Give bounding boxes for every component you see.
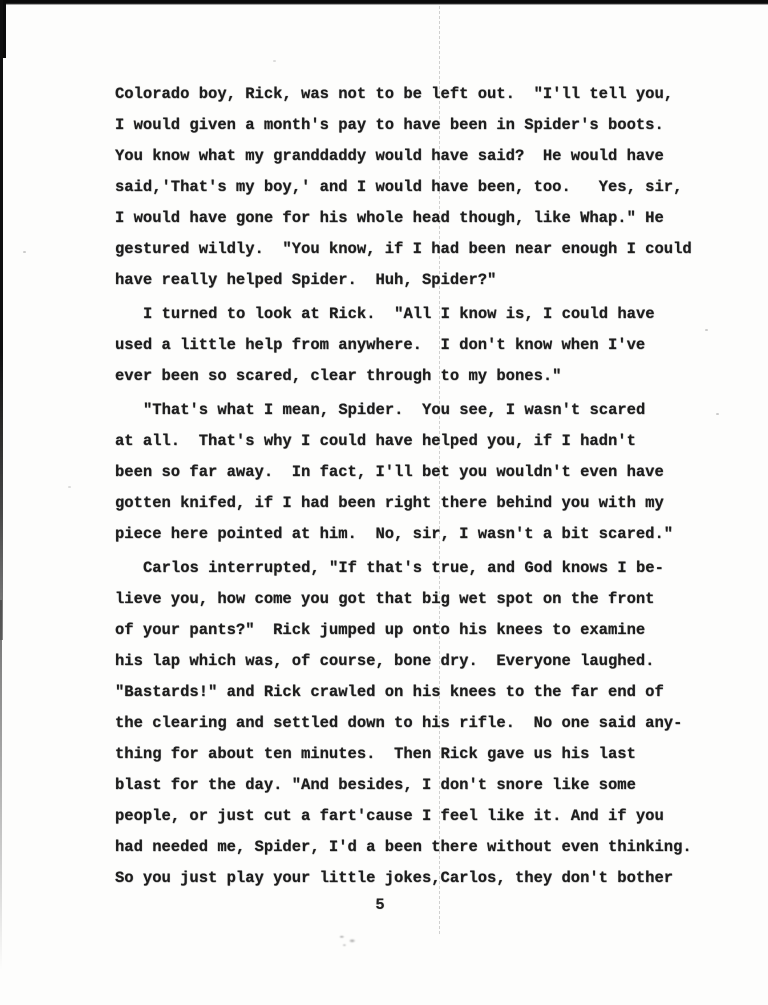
document-page: Colorado boy, Rick, was not to be left o… — [0, 0, 768, 1005]
scan-edge-left-fade — [0, 0, 3, 640]
paragraph-3: "That's what I mean, Spider. You see, I … — [115, 395, 715, 550]
typewritten-text-block: Colorado boy, Rick, was not to be left o… — [115, 79, 715, 894]
page-number: 5 — [340, 896, 420, 914]
scan-speck — [23, 251, 26, 253]
smudge-mark — [334, 932, 360, 948]
paragraph-1: Colorado boy, Rick, was not to be left o… — [115, 79, 715, 296]
paragraph-4: Carlos interrupted, "If that's true, and… — [115, 553, 715, 894]
scan-speck — [68, 486, 71, 488]
scan-edge-left-thin — [0, 600, 2, 970]
scan-edge-top — [0, 0, 768, 5]
scan-speck — [716, 413, 719, 415]
scan-speck — [273, 60, 276, 62]
paragraph-2: I turned to look at Rick. "All I know is… — [115, 299, 715, 392]
